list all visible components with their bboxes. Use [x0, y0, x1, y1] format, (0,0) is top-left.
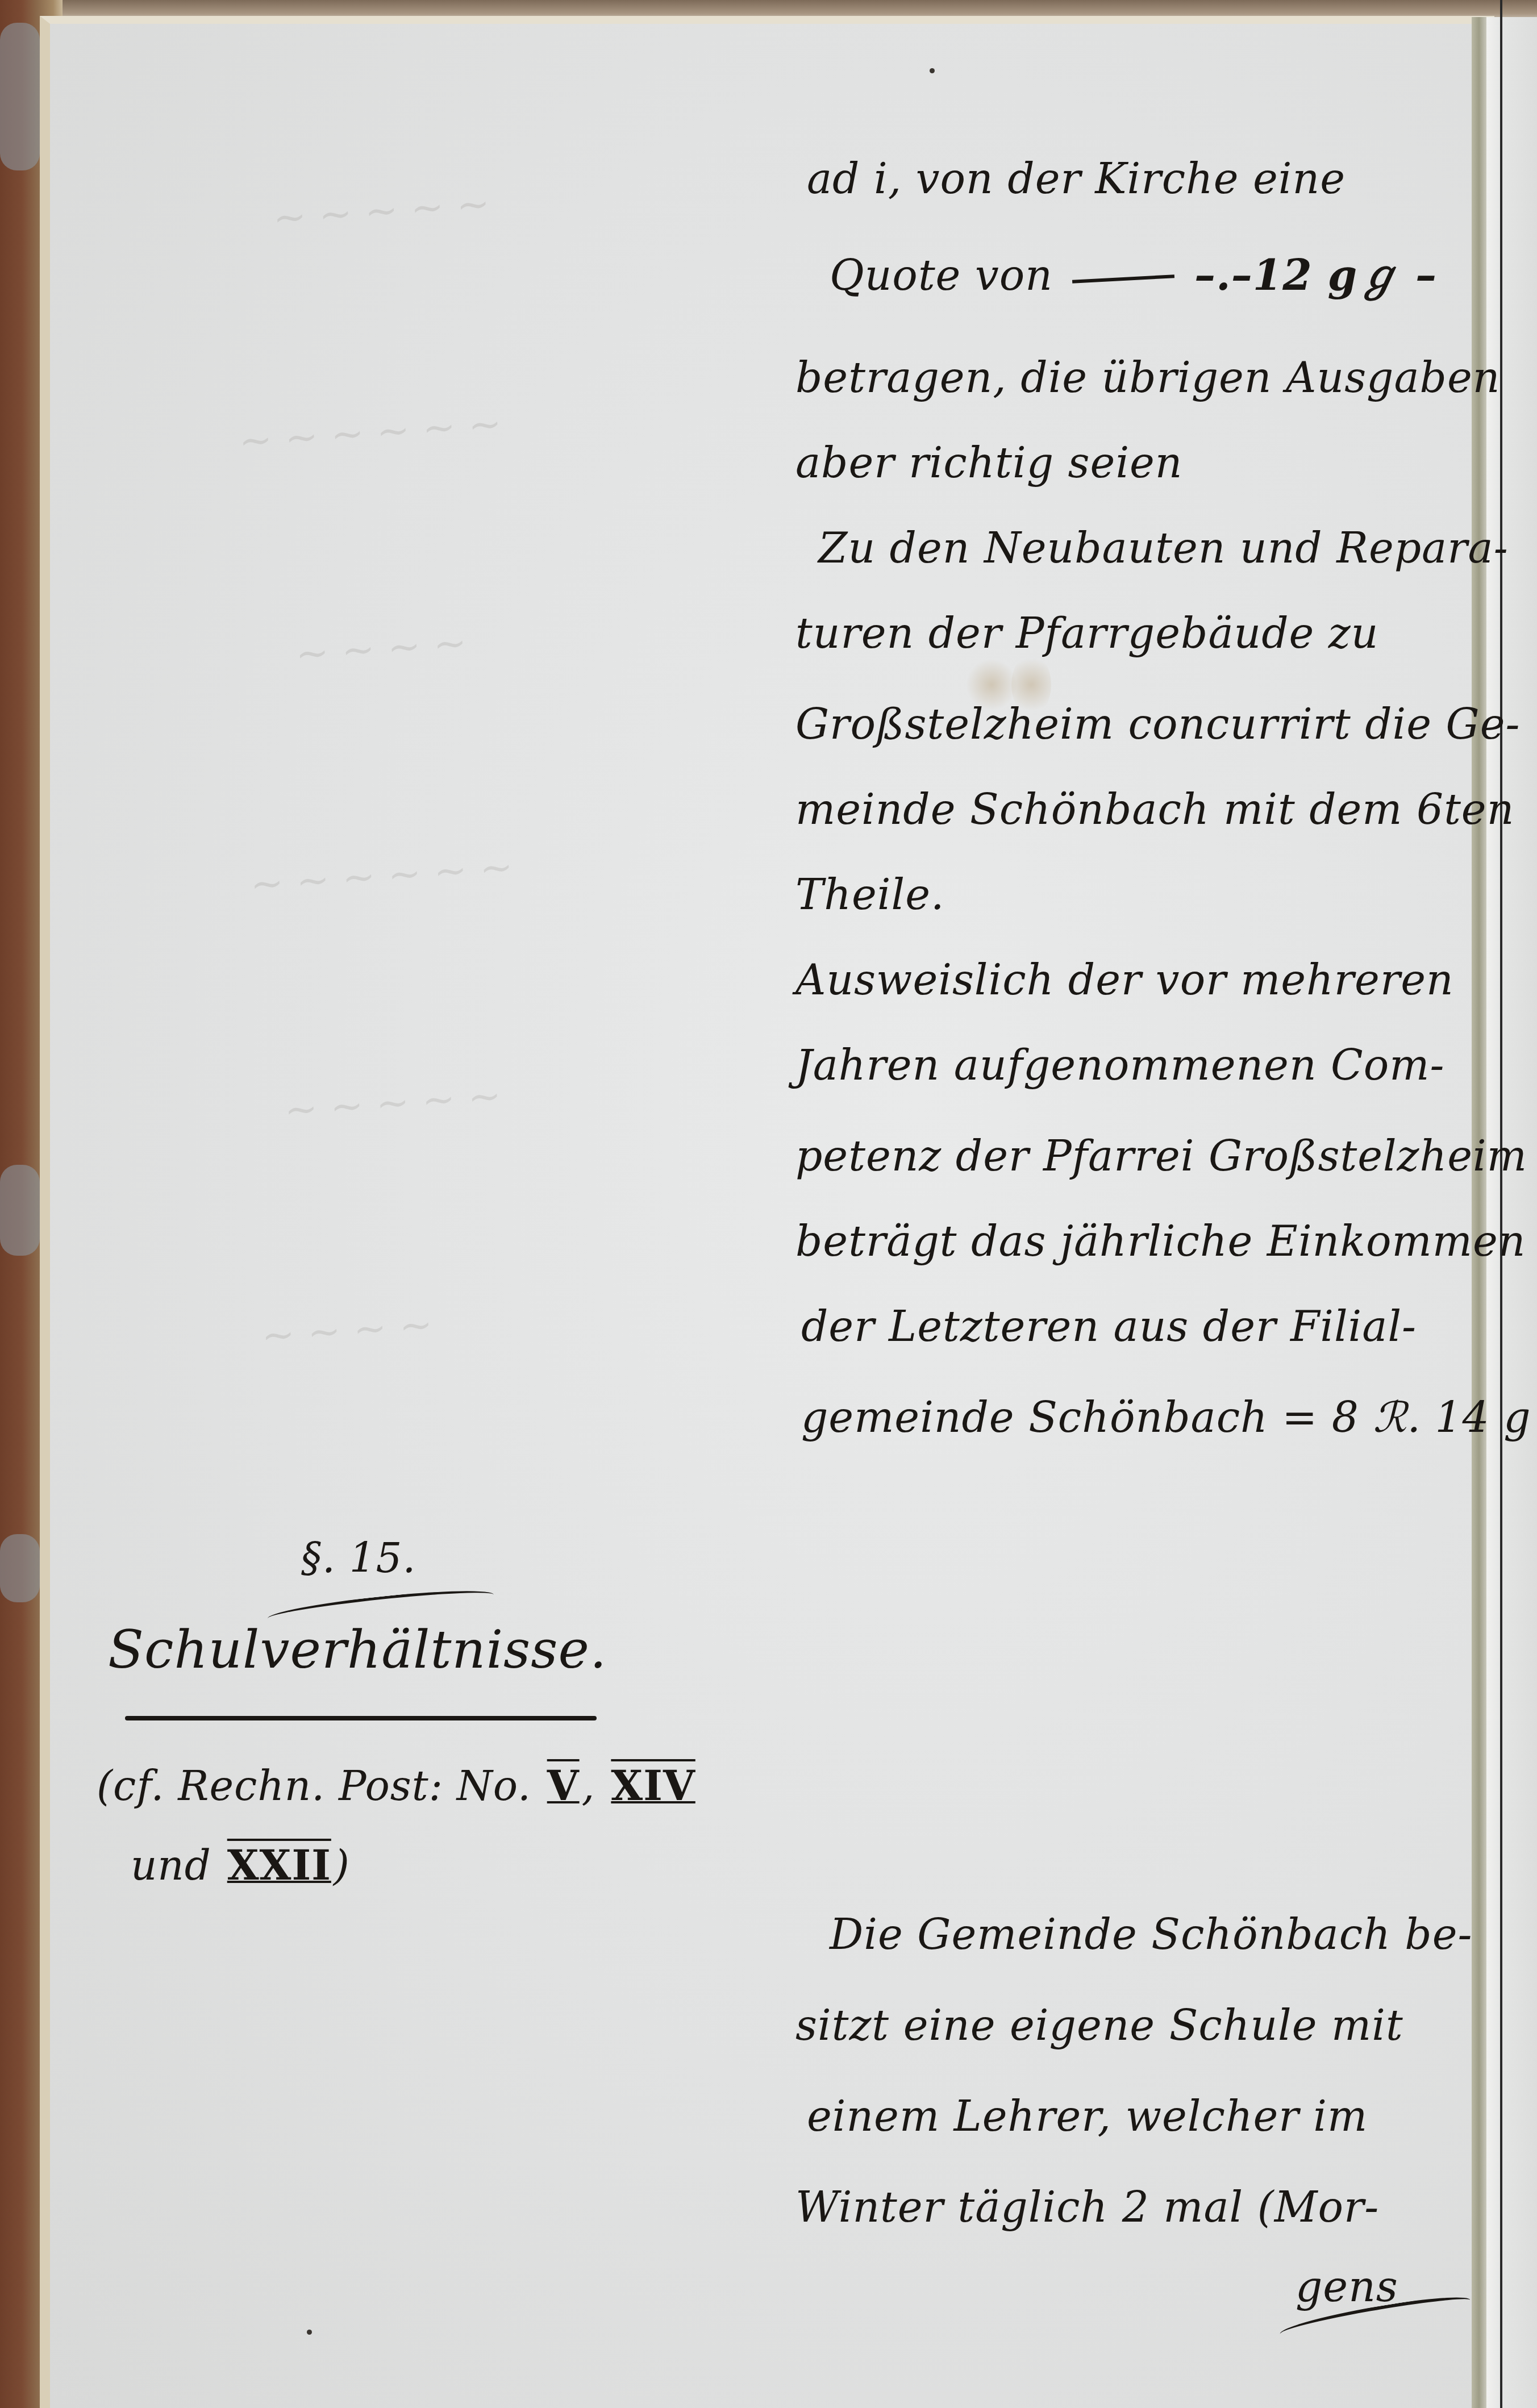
- text-line: Theile.: [795, 869, 944, 920]
- reference-conjunction: und: [131, 1842, 211, 1889]
- ink-speck: [307, 2330, 312, 2335]
- text-line: Zu den Neubauten und Repara-: [818, 523, 1509, 574]
- text-line: betragen, die übrigen Ausgaben: [795, 352, 1500, 403]
- reference-roman-numeral: V: [545, 1761, 582, 1810]
- text-line: der Letzteren aus der Filial-: [801, 1301, 1417, 1352]
- section-title: Schulverhältnisse.: [108, 1619, 607, 1680]
- section-reference-line-1: (cf. Rechn. Post: No. V, XIV: [97, 1761, 698, 1810]
- text-line: einem Lehrer, welcher im: [807, 2091, 1368, 2142]
- binding-wear: [0, 1534, 40, 1602]
- text-line: Winter täglich 2 mal (Mor-: [795, 2182, 1379, 2233]
- reference-separator: ,: [582, 1762, 595, 1810]
- text-fragment: Quote von: [830, 251, 1053, 300]
- amount-value: –.–12 gℊ –: [1194, 251, 1437, 300]
- section-title-underline: [125, 1716, 597, 1720]
- text-line: Die Gemeinde Schönbach be-: [830, 1909, 1472, 1960]
- reference-close-paren: ): [334, 1842, 350, 1889]
- binding-wear: [0, 1165, 40, 1256]
- text-line: ad i, von der Kirche eine: [807, 153, 1346, 205]
- amount-dash: [1072, 274, 1174, 283]
- text-line: turen der Pfarrgebäude zu: [795, 608, 1379, 659]
- catchword: gens: [1296, 2261, 1398, 2313]
- section-reference-line-2: und XXII): [131, 1841, 350, 1889]
- text-line: gemeinde Schönbach = 8 ℛ. 14 gℊ.: [801, 1392, 1537, 1443]
- text-line: Jahren aufgenommenen Com-: [795, 1040, 1444, 1091]
- text-line: Ausweislich der vor mehreren: [795, 955, 1454, 1006]
- ink-speck: [930, 68, 935, 73]
- text-line: meinde Schönbach mit dem 6ten: [795, 784, 1514, 835]
- text-line: Quote von –.–12 gℊ –: [830, 250, 1437, 301]
- reference-roman-numeral: XXII: [225, 1841, 334, 1889]
- section-number: §. 15.: [301, 1534, 416, 1582]
- text-line: aber richtig seien: [795, 438, 1183, 489]
- text-line: petenz der Pfarrei Großstelzheim: [795, 1131, 1527, 1182]
- text-line: beträgt das jährliche Einkommen: [795, 1216, 1526, 1267]
- text-line: Großstelzheim concurrirt die Ge-: [795, 699, 1521, 750]
- text-line: sitzt eine eigene Schule mit: [795, 2000, 1403, 2051]
- adjacent-page-margin-rule: [1500, 0, 1502, 2408]
- reference-prefix: (cf. Rechn. Post: No.: [97, 1762, 531, 1810]
- reference-roman-numeral: XIV: [609, 1761, 697, 1810]
- binding-wear: [0, 23, 40, 170]
